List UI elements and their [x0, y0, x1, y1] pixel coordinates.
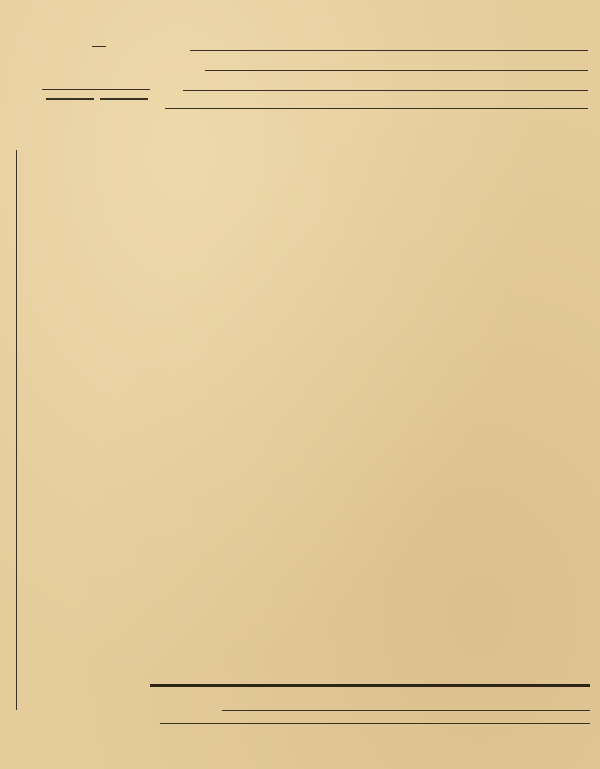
nom-line	[190, 50, 588, 51]
divider	[92, 46, 106, 47]
deces-line-2	[160, 723, 590, 724]
footer-rule	[150, 684, 590, 687]
ornament-right	[100, 98, 148, 100]
deces-line	[222, 710, 590, 711]
ornament-left	[46, 98, 94, 100]
prenoms-line	[205, 70, 588, 71]
matricule-underline	[42, 89, 150, 90]
margin-line	[16, 150, 17, 710]
document-paper	[0, 0, 600, 769]
a-line	[165, 108, 588, 109]
ne-line	[183, 90, 588, 91]
